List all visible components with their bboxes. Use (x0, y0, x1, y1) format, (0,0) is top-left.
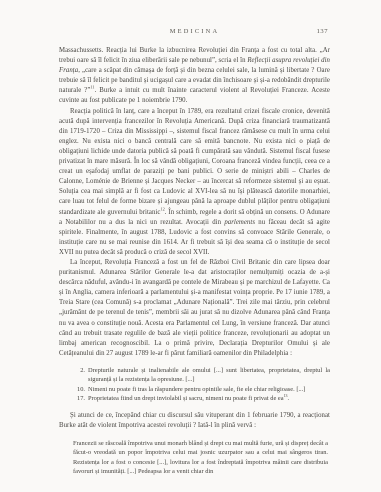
list-item-text: Proprietatea fiind un drept inviolabil ș… (88, 394, 330, 403)
list-item-number: 17. (73, 394, 85, 403)
list-item-number: 2. (73, 366, 85, 385)
list-item: 10. Nimeni nu poate fi tras la răspunder… (73, 385, 330, 394)
list-item: 17. Proprietatea fiind un drept inviolab… (73, 394, 330, 403)
list-item-text: Nimeni nu poate fi tras la răspundere pe… (88, 385, 330, 394)
book-page: MEDICINA 137 Massachussetts. Reacția lui… (0, 0, 381, 492)
list-item-text: Drepturile naturale și inalienabile ale … (88, 366, 330, 385)
list-item-number: 10. (73, 385, 85, 394)
running-title: MEDICINA (59, 28, 330, 35)
page-body: Massachussetts. Reacția lui Burke la izb… (59, 46, 330, 477)
body-paragraph-4: Și atunci de ce, începând chiar cu discu… (59, 411, 330, 431)
declaration-list: 2. Drepturile naturale și inalienabile a… (73, 366, 330, 404)
list-item: 2. Drepturile naturale și inalienabile a… (73, 366, 330, 385)
page-number: 137 (317, 28, 328, 35)
body-paragraph-1: Massachussetts. Reacția lui Burke la izb… (59, 46, 330, 107)
running-header: MEDICINA 137 (59, 28, 330, 37)
block-quote: Francezii se răscoală împotriva unui mon… (73, 439, 328, 477)
body-paragraph-3: La început, Revoluția Franceză a fost un… (59, 258, 330, 359)
body-paragraph-2: Reacția politică în lanț, care a început… (59, 107, 330, 258)
